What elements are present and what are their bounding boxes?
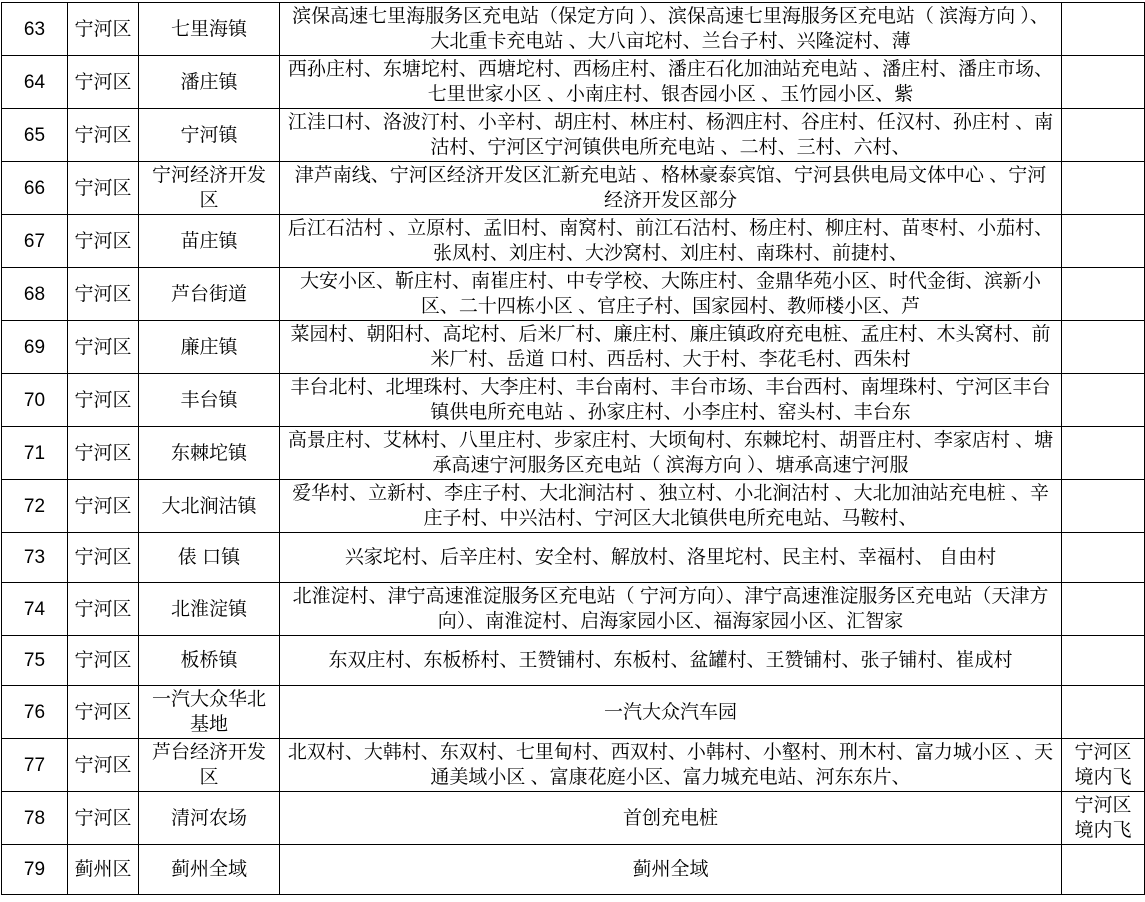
cell-district: 宁河区: [68, 636, 139, 686]
cell-town: 北淮淀镇: [139, 583, 280, 636]
cell-areas: 丰台北村、北埋珠村、大李庄村、丰台南村、丰台市场、丰台西村、南埋珠村、宁河区丰台…: [280, 374, 1062, 427]
table-row: 73宁河区俵 口镇兴家坨村、后辛庄村、安全村、解放村、洛里坨村、民主村、幸福村、…: [2, 533, 1145, 583]
table-row: 70宁河区丰台镇丰台北村、北埋珠村、大李庄村、丰台南村、丰台市场、丰台西村、南埋…: [2, 374, 1145, 427]
cell-note: 宁河区境内飞: [1062, 739, 1145, 792]
cell-district: 宁河区: [68, 162, 139, 215]
table-row: 75宁河区板桥镇东双庄村、东板桥村、王赞铺村、东板村、盆罐村、王赞铺村、张子铺村…: [2, 636, 1145, 686]
cell-district: 蓟州区: [68, 845, 139, 895]
cell-town: 七里海镇: [139, 3, 280, 56]
cell-town: 大北涧沽镇: [139, 480, 280, 533]
cell-note: [1062, 686, 1145, 739]
cell-note: [1062, 636, 1145, 686]
table-row: 74宁河区北淮淀镇北淮淀村、津宁高速淮淀服务区充电站（ 宁河方向）、津宁高速淮淀…: [2, 583, 1145, 636]
district-coverage-table: 63宁河区七里海镇滨保高速七里海服务区充电站（保定方向 ）、滨保高速七里海服务区…: [1, 2, 1145, 895]
cell-areas: 菜园村、朝阳村、高坨村、后米厂村、廉庄村、廉庄镇政府充电桩、孟庄村、木头窝村、前…: [280, 321, 1062, 374]
cell-town: 潘庄镇: [139, 56, 280, 109]
table-row: 69宁河区廉庄镇菜园村、朝阳村、高坨村、后米厂村、廉庄村、廉庄镇政府充电桩、孟庄…: [2, 321, 1145, 374]
cell-town: 一汽大众华北基地: [139, 686, 280, 739]
cell-town: 东棘坨镇: [139, 427, 280, 480]
cell-district: 宁河区: [68, 583, 139, 636]
cell-note: [1062, 533, 1145, 583]
cell-index: 77: [2, 739, 68, 792]
cell-district: 宁河区: [68, 321, 139, 374]
cell-district: 宁河区: [68, 215, 139, 268]
cell-town: 蓟州全域: [139, 845, 280, 895]
table-row: 65宁河区宁河镇江洼口村、洛波汀村、小辛村、胡庄村、林庄村、杨泗庄村、谷庄村、任…: [2, 109, 1145, 162]
cell-index: 74: [2, 583, 68, 636]
cell-district: 宁河区: [68, 56, 139, 109]
cell-areas: 西孙庄村、东塘坨村、西塘坨村、西杨庄村、潘庄石化加油站充电站 、潘庄村、潘庄市场…: [280, 56, 1062, 109]
cell-district: 宁河区: [68, 427, 139, 480]
cell-note: [1062, 845, 1145, 895]
cell-index: 78: [2, 792, 68, 845]
cell-town: 宁河镇: [139, 109, 280, 162]
cell-areas: 北双村、大韩村、东双村、七里甸村、西双村、小韩村、小壑村、刑木村、富力城小区 、…: [280, 739, 1062, 792]
cell-note: [1062, 215, 1145, 268]
cell-index: 72: [2, 480, 68, 533]
cell-index: 73: [2, 533, 68, 583]
cell-areas: 江洼口村、洛波汀村、小辛村、胡庄村、林庄村、杨泗庄村、谷庄村、任汉村、孙庄村 、…: [280, 109, 1062, 162]
table-row: 78宁河区清河农场首创充电桩宁河区境内飞: [2, 792, 1145, 845]
cell-district: 宁河区: [68, 109, 139, 162]
cell-index: 66: [2, 162, 68, 215]
cell-note: [1062, 268, 1145, 321]
cell-areas: 一汽大众汽车园: [280, 686, 1062, 739]
cell-note: [1062, 109, 1145, 162]
cell-town: 清河农场: [139, 792, 280, 845]
cell-index: 65: [2, 109, 68, 162]
cell-town: 芦台经济开发区: [139, 739, 280, 792]
cell-note: [1062, 480, 1145, 533]
cell-town: 丰台镇: [139, 374, 280, 427]
cell-index: 70: [2, 374, 68, 427]
cell-town: 俵 口镇: [139, 533, 280, 583]
cell-index: 64: [2, 56, 68, 109]
cell-district: 宁河区: [68, 268, 139, 321]
cell-town: 板桥镇: [139, 636, 280, 686]
cell-town: 宁河经济开发区: [139, 162, 280, 215]
cell-index: 79: [2, 845, 68, 895]
cell-index: 69: [2, 321, 68, 374]
cell-note: [1062, 162, 1145, 215]
table-body: 63宁河区七里海镇滨保高速七里海服务区充电站（保定方向 ）、滨保高速七里海服务区…: [2, 3, 1145, 895]
cell-areas: 爱华村、立新村、李庄子村、大北涧沽村 、独立村、小北涧沽村 、大北加油站充电桩 …: [280, 480, 1062, 533]
cell-index: 76: [2, 686, 68, 739]
cell-district: 宁河区: [68, 739, 139, 792]
cell-district: 宁河区: [68, 374, 139, 427]
table-row: 76宁河区一汽大众华北基地一汽大众汽车园: [2, 686, 1145, 739]
cell-areas: 北淮淀村、津宁高速淮淀服务区充电站（ 宁河方向）、津宁高速淮淀服务区充电站（天津…: [280, 583, 1062, 636]
cell-areas: 东双庄村、东板桥村、王赞铺村、东板村、盆罐村、王赞铺村、张子铺村、崔成村: [280, 636, 1062, 686]
table-row: 64宁河区潘庄镇西孙庄村、东塘坨村、西塘坨村、西杨庄村、潘庄石化加油站充电站 、…: [2, 56, 1145, 109]
cell-index: 71: [2, 427, 68, 480]
cell-areas: 津芦南线、宁河区经济开发区汇新充电站 、格林豪泰宾馆、宁河县供电局文体中心 、宁…: [280, 162, 1062, 215]
table-row: 71宁河区东棘坨镇高景庄村、艾林村、八里庄村、步家庄村、大顷甸村、东棘坨村、胡晋…: [2, 427, 1145, 480]
cell-note: [1062, 583, 1145, 636]
cell-note: [1062, 56, 1145, 109]
cell-index: 63: [2, 3, 68, 56]
cell-areas: 首创充电桩: [280, 792, 1062, 845]
table-row: 79蓟州区蓟州全域蓟州全域: [2, 845, 1145, 895]
table-row: 67宁河区苗庄镇后江石沽村 、立原村、孟旧村、南窝村、前江石沽村、杨庄村、柳庄村…: [2, 215, 1145, 268]
table-row: 63宁河区七里海镇滨保高速七里海服务区充电站（保定方向 ）、滨保高速七里海服务区…: [2, 3, 1145, 56]
cell-note: [1062, 321, 1145, 374]
table-row: 77宁河区芦台经济开发区北双村、大韩村、东双村、七里甸村、西双村、小韩村、小壑村…: [2, 739, 1145, 792]
cell-areas: 大安小区、靳庄村、南崔庄村、中专学校、大陈庄村、金鼎华苑小区、时代金街、滨新小区…: [280, 268, 1062, 321]
cell-district: 宁河区: [68, 792, 139, 845]
cell-areas: 后江石沽村 、立原村、孟旧村、南窝村、前江石沽村、杨庄村、柳庄村、苗枣村、小茄村…: [280, 215, 1062, 268]
cell-areas: 高景庄村、艾林村、八里庄村、步家庄村、大顷甸村、东棘坨村、胡晋庄村、李家店村 、…: [280, 427, 1062, 480]
cell-district: 宁河区: [68, 686, 139, 739]
cell-town: 芦台街道: [139, 268, 280, 321]
cell-index: 68: [2, 268, 68, 321]
cell-areas: 兴家坨村、后辛庄村、安全村、解放村、洛里坨村、民主村、幸福村、 自由村: [280, 533, 1062, 583]
table-row: 68宁河区芦台街道大安小区、靳庄村、南崔庄村、中专学校、大陈庄村、金鼎华苑小区、…: [2, 268, 1145, 321]
cell-town: 苗庄镇: [139, 215, 280, 268]
cell-areas: 滨保高速七里海服务区充电站（保定方向 ）、滨保高速七里海服务区充电站（ 滨海方向…: [280, 3, 1062, 56]
cell-index: 75: [2, 636, 68, 686]
cell-district: 宁河区: [68, 480, 139, 533]
cell-note: [1062, 427, 1145, 480]
cell-town: 廉庄镇: [139, 321, 280, 374]
cell-note: [1062, 374, 1145, 427]
table-row: 72宁河区大北涧沽镇爱华村、立新村、李庄子村、大北涧沽村 、独立村、小北涧沽村 …: [2, 480, 1145, 533]
cell-district: 宁河区: [68, 3, 139, 56]
cell-district: 宁河区: [68, 533, 139, 583]
cell-areas: 蓟州全域: [280, 845, 1062, 895]
cell-note: 宁河区境内飞: [1062, 792, 1145, 845]
table-row: 66宁河区宁河经济开发区津芦南线、宁河区经济开发区汇新充电站 、格林豪泰宾馆、宁…: [2, 162, 1145, 215]
cell-note: [1062, 3, 1145, 56]
cell-index: 67: [2, 215, 68, 268]
document-page: 63宁河区七里海镇滨保高速七里海服务区充电站（保定方向 ）、滨保高速七里海服务区…: [0, 0, 1145, 902]
